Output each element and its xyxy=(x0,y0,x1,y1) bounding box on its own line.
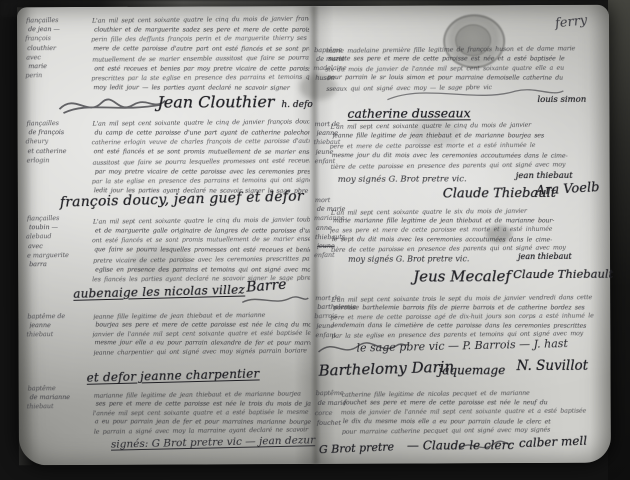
signature-side: h. defo xyxy=(281,100,312,110)
signature-claude-thiebault: Claude Thiebault xyxy=(513,267,613,281)
priest-signature-line: signés: G Brot pretre vic — jean dezur xyxy=(111,434,315,450)
signature-jean-clouthier: Jean Clouthier xyxy=(157,92,274,112)
margin-note-line: et catherine xyxy=(28,147,90,156)
margin-note-line: thiebaut xyxy=(26,330,90,340)
manuscript-line: aussitost que faire se pourra lesquelles… xyxy=(93,156,310,168)
signature-claude-le-clerc: — Claude le clerc xyxy=(407,438,514,452)
signature-catherine-dusseaux: catherine dusseaux xyxy=(347,105,470,121)
signature-calber: calber mell xyxy=(519,434,588,451)
signature-n-suvillot: N. Suvillot xyxy=(517,358,589,374)
margin-note: fiançaillesde jean —françoisclouthierave… xyxy=(25,16,89,81)
priest-signature-line: moy signés G. Brot pretre vic. xyxy=(338,174,467,185)
margin-note-line: alebaud xyxy=(26,232,90,242)
scanner-bed-right xyxy=(608,0,630,480)
act-body: L'an mil sept cent soixante quatre le ci… xyxy=(330,121,600,172)
margin-note-line: thiebaut xyxy=(27,402,91,412)
headline-script-line: aubenaige les nicolas villez xyxy=(73,283,245,301)
margin-note: baptêmede mariannethiebaut xyxy=(27,384,91,412)
signature-g-brot: G Brot pretre xyxy=(319,440,395,456)
margin-note: fiançaillestoubin —alebaudavece margueri… xyxy=(26,214,90,269)
signature-flourish xyxy=(57,91,167,119)
margin-note: fiançaillesde françoisdheuryet catherine… xyxy=(25,119,89,165)
priest-signature-line: moy signés G. Brot pretre vic. xyxy=(348,254,469,264)
margin-note-line: barra xyxy=(29,260,90,269)
margin-note-line: e marguerite xyxy=(27,251,90,261)
act-body: L'an mil sept cent soixante quatre le ci… xyxy=(91,15,309,94)
margin-note-line: perin xyxy=(25,71,89,81)
manuscript-line: jeanne charpentier qui ont signé avec mo… xyxy=(93,346,310,357)
signature-side: jean thiebaut xyxy=(516,171,573,181)
signature-jeus-mecalef: Jeus Mecalef xyxy=(413,267,511,285)
margin-note-line: avec xyxy=(28,242,90,251)
signature-flourish xyxy=(240,292,310,308)
signature-flourished: Ara Voelb xyxy=(535,180,599,199)
manuscript-paper: ferry fiançaillesde jean —françoisclouth… xyxy=(17,5,611,466)
act-body: marianne fille legitime de jean thiebaut… xyxy=(93,390,311,436)
act-body: L'an mil sept cent soixante quatre le ci… xyxy=(91,118,309,197)
headline-script-line: et defor jeanne charpentier xyxy=(86,366,259,384)
margin-note-line: dheury xyxy=(26,137,90,147)
signature-side: jean thiebaut xyxy=(518,252,572,261)
margin-note-line: marie xyxy=(28,62,89,71)
act-body: jeanne fille legitime de jean thiebaut e… xyxy=(92,311,310,357)
margin-note-line: avec xyxy=(26,53,89,63)
margin-note-line: françois xyxy=(25,34,89,44)
signature-jaquemage: jaquemage xyxy=(439,363,506,377)
manuscript-line: mutuellement de se marier ensemble aussi… xyxy=(92,53,309,65)
margin-note-line: clouthier xyxy=(27,44,89,53)
signature-barthelomy-darin: Barthelomy Darin xyxy=(318,358,454,380)
manuscript-line: pretre vicaire de cette paroisse avec le… xyxy=(93,254,310,266)
scanned-register-view: ferry fiançaillesde jean —françoisclouth… xyxy=(0,0,630,480)
act-body: L'an mil sept cent soixante quatre le si… xyxy=(330,207,600,254)
margin-note-line: erlogin xyxy=(27,156,90,166)
page-corner-annotation: ferry xyxy=(554,13,588,31)
signature-louis-simon: louis simon xyxy=(537,95,586,105)
margin-note: baptême dejeannethiebaut xyxy=(26,312,90,340)
act-body: catherine fille legitime de nicolas pecq… xyxy=(341,389,601,436)
act-body: L'an mil sept cent soixante quatre le ci… xyxy=(92,216,310,285)
